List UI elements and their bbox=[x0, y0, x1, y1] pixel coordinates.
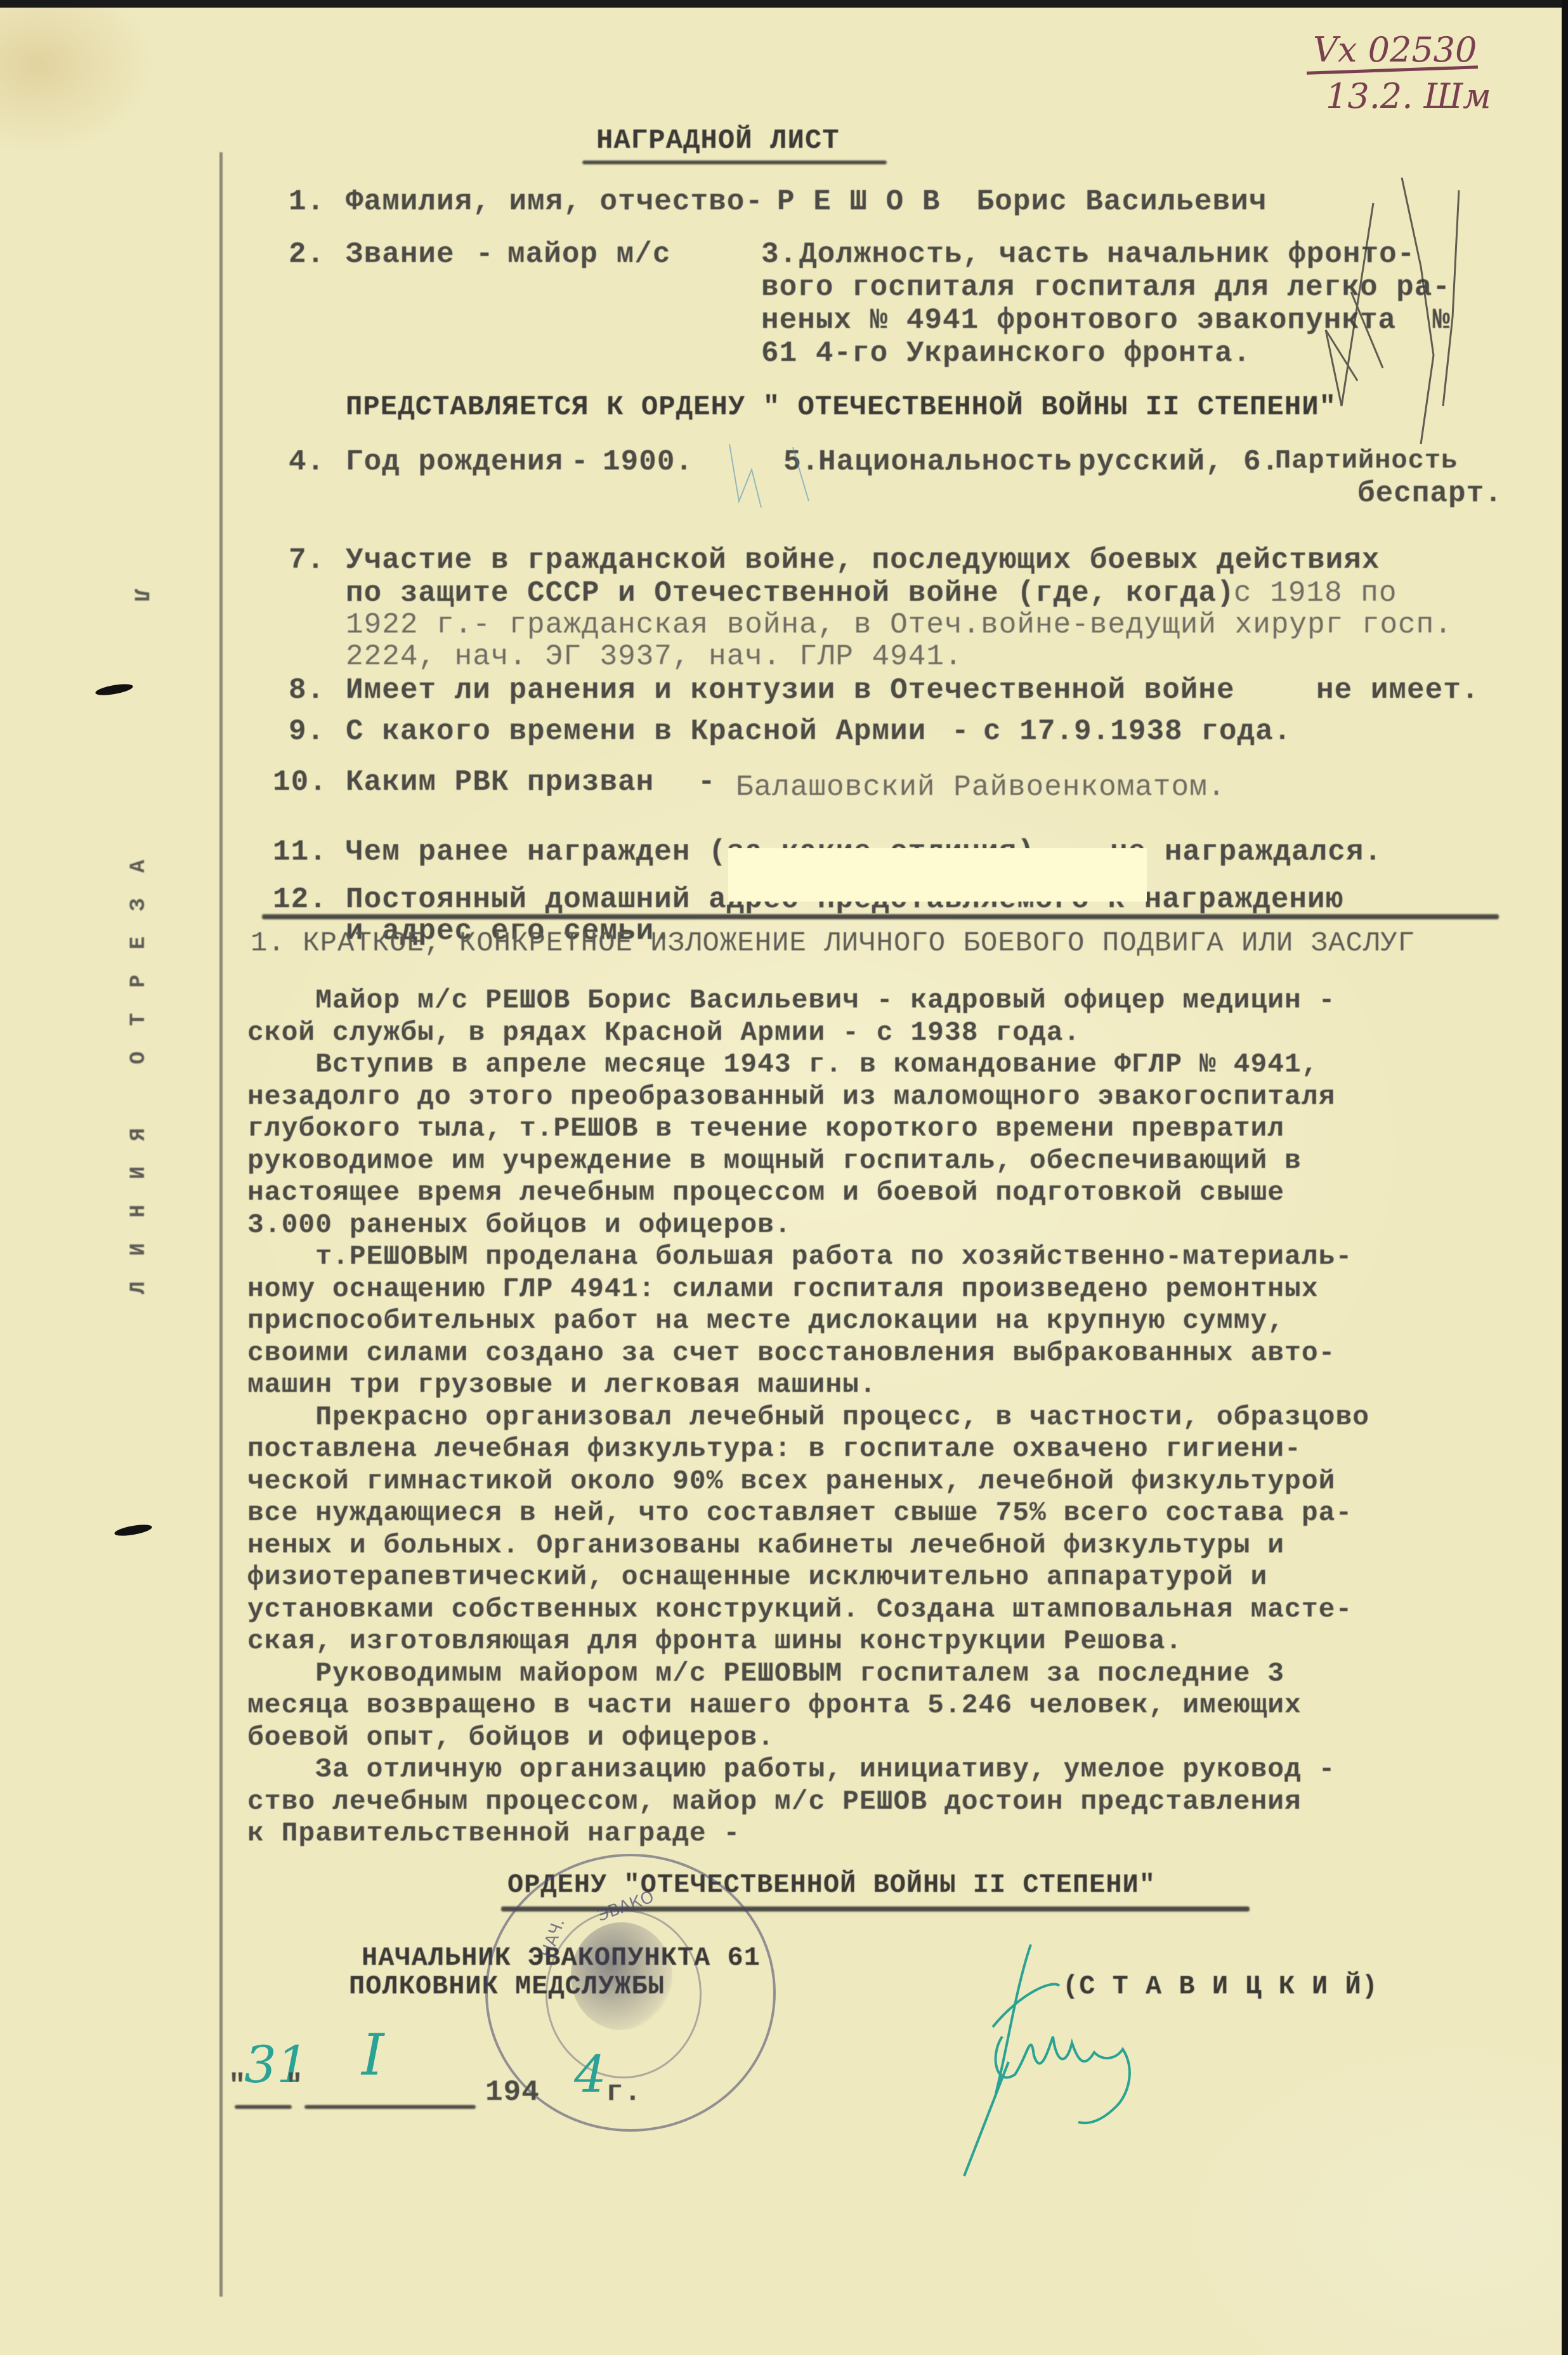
field-4-label: Год рождения bbox=[346, 447, 563, 476]
field-6-value: беспарт. bbox=[1357, 479, 1503, 508]
margin-line bbox=[219, 152, 223, 2297]
date-month-underline bbox=[304, 2105, 476, 2109]
field-4-value: 1900. bbox=[603, 447, 693, 476]
field-2-dash: - bbox=[476, 240, 494, 269]
stamp-emblem-icon bbox=[571, 1922, 672, 2030]
field-8-value: не имеет. bbox=[1316, 676, 1479, 705]
field-8-number: 8. bbox=[289, 676, 325, 705]
narrative-line: За отличную организацию работы, инициати… bbox=[247, 1755, 1335, 1783]
narrative-line: поставлена лечебная физкультура: в госпи… bbox=[247, 1435, 1302, 1462]
field-1-dash: - bbox=[745, 187, 764, 216]
narrative-line: глубокого тыла, т.РЕШОВ в течение коротк… bbox=[247, 1115, 1284, 1142]
narrative-line: ному оснащению ГЛР 4941: силами госпитал… bbox=[247, 1275, 1319, 1302]
archive-mark-top: Vx 02530 bbox=[1313, 33, 1477, 67]
field-10-number: 10. bbox=[273, 768, 327, 797]
narrative-line: Прекрасно организовал лечебный процесс, … bbox=[247, 1403, 1369, 1431]
field-1-number: 1. bbox=[289, 187, 325, 216]
title-underline bbox=[582, 161, 887, 164]
narrative-line: установками собственных конструкций. Соз… bbox=[247, 1596, 1352, 1623]
narrative-line: настоящее время лечебным процессом и бое… bbox=[247, 1179, 1284, 1206]
narrative-line: незадолго до этого преобразованный из ма… bbox=[247, 1083, 1335, 1110]
narrative-line: неных и больных. Организованы кабинеты л… bbox=[247, 1532, 1284, 1559]
date-day-underline bbox=[235, 2105, 292, 2109]
field-3-label: Должность, часть bbox=[799, 240, 1090, 269]
field-9-value: с 17.9.1938 года. bbox=[983, 717, 1291, 746]
narrative-line: к Правительственной награде - bbox=[247, 1820, 740, 1847]
signatory-name: (С Т А В И Ц К И Й) bbox=[1062, 1973, 1378, 2000]
field-3-number: 3. bbox=[761, 240, 797, 269]
field-5-label: Национальность bbox=[818, 447, 1072, 476]
narrative-line: 3.000 раненых бойцов и офицеров. bbox=[247, 1211, 792, 1238]
field-9-number: 9. bbox=[289, 717, 325, 746]
field-7-value-line-3: 2224, нач. ЭГ 3937, нач. ГЛР 4941. bbox=[346, 642, 963, 671]
document-title: НАГРАДНОЙ ЛИСТ bbox=[596, 127, 840, 155]
date-year-suffix: 4 bbox=[574, 2049, 606, 2100]
field-5-number: 5. bbox=[783, 447, 820, 476]
narrative-line: ство лечебным процессом, майор м/с РЕШОВ… bbox=[247, 1788, 1302, 1815]
page-edge bbox=[1562, 0, 1568, 2355]
field-9-label: С какого времени в Красной Армии bbox=[346, 717, 926, 746]
narrative-line: т.РЕШОВЫМ проделана большая работа по хо… bbox=[247, 1243, 1352, 1270]
field-5-dash: - bbox=[1053, 447, 1071, 476]
field-6-label: Партийность bbox=[1275, 447, 1458, 474]
field-10-dash: - bbox=[698, 768, 716, 797]
narrative-line: ская, изготовляющая для фронта шины конс… bbox=[247, 1627, 1182, 1655]
field-6-number: 6. bbox=[1243, 447, 1279, 476]
narrative-line: своими силами создано за счет восстановл… bbox=[247, 1339, 1335, 1367]
field-1-value: Р Е Ш О В Борис Васильевич bbox=[777, 187, 1267, 216]
date-year-prefix: 194 bbox=[485, 2078, 540, 2107]
narrative-line: все нуждающиеся в ней, что составляет св… bbox=[247, 1499, 1352, 1526]
field-7-label-line-1: Участие в гражданской войне, последующих… bbox=[346, 546, 1380, 575]
narrative-line: боевой опыт, бойцов и офицеров. bbox=[247, 1724, 774, 1751]
field-11-number: 11. bbox=[273, 837, 327, 867]
redacted-address bbox=[728, 848, 1147, 902]
field-3-value-line-1: начальник фронто- bbox=[1107, 240, 1415, 269]
field-8-label: Имеет ли ранения и контузии в Отечествен… bbox=[346, 676, 1235, 705]
archive-mark-bottom: 13.2. Шм bbox=[1326, 79, 1491, 114]
field-4-dash: - bbox=[571, 447, 589, 476]
field-5-value: русский, bbox=[1078, 447, 1224, 476]
narrative-line: Вступив в апреле месяце 1943 г. в команд… bbox=[247, 1051, 1319, 1078]
field-7-value-line-2: 1922 г.- гражданская война, в Отеч.войне… bbox=[346, 610, 1453, 640]
field-7-value-line-1: с 1918 по bbox=[1234, 579, 1397, 608]
date-year-g: г. bbox=[606, 2078, 642, 2107]
narrative-line: руководимое им учреждение в мощный госпи… bbox=[247, 1147, 1302, 1174]
field-3-value-line-2: вого госпиталя госпиталя для легко ра- bbox=[761, 273, 1451, 302]
field-9-dash: - bbox=[951, 717, 970, 746]
field-2-value: майор м/с bbox=[507, 240, 670, 269]
date-close-quote: " bbox=[285, 2071, 304, 2101]
margin-cut-line-label: ЛИНИЯ ОТРЕЗА bbox=[127, 596, 152, 1294]
section-heading: 1. КРАТКОЕ, КОНКРЕТНОЕ ИЗЛОЖЕНИЕ ЛИЧНОГО… bbox=[251, 929, 1415, 957]
narrative-line: машин три грузовые и легковая машины. bbox=[247, 1371, 877, 1398]
narrative-line: физиотерапевтический, оснащенные исключи… bbox=[247, 1563, 1267, 1591]
field-3-value-line-4: 61 4-го Украинского фронта. bbox=[761, 339, 1251, 368]
field-2-number: 2. bbox=[289, 240, 325, 269]
narrative-line: Руководимым майором м/с РЕШОВЫМ госпитал… bbox=[247, 1660, 1284, 1687]
narrative-line: ской службы, в рядах Красной Армии - с 1… bbox=[247, 1019, 1080, 1046]
field-10-label: Каким РВК призван bbox=[346, 768, 654, 797]
field-7-number: 7. bbox=[289, 546, 325, 575]
narrative-line: Майор м/с РЕШОВ Борис Васильевич - кадро… bbox=[247, 987, 1335, 1014]
narrative-line: месяца возвращено в части нашего фронта … bbox=[247, 1691, 1302, 1719]
field-7-label-line-2: по защите СССР и Отечественной войне (гд… bbox=[346, 579, 1235, 608]
narrative-line: приспособительных работ на месте дислока… bbox=[247, 1307, 1284, 1334]
nomination-line: ПРЕДСТАВЛЯЕТСЯ К ОРДЕНУ " ОТЕЧЕСТВЕННОЙ … bbox=[346, 393, 1336, 421]
date-month: I bbox=[362, 2027, 384, 2084]
field-10-value: Балашовский Райвоенкоматом. bbox=[736, 773, 1225, 802]
field-2-label: Звание bbox=[346, 240, 455, 269]
field-4-number: 4. bbox=[289, 447, 325, 476]
field-12-number: 12. bbox=[273, 885, 327, 914]
field-11-value: не награждался. bbox=[1110, 837, 1382, 867]
narrative-line: ческой гимнастикой около 90% всех ранены… bbox=[247, 1467, 1335, 1495]
field-3-value-line-3: неных № 4941 фронтового эвакопункта № bbox=[761, 306, 1451, 335]
section-divider bbox=[262, 914, 1499, 919]
field-3-dash: - bbox=[1072, 240, 1090, 269]
field-1-label: Фамилия, имя, отчество bbox=[346, 187, 745, 216]
